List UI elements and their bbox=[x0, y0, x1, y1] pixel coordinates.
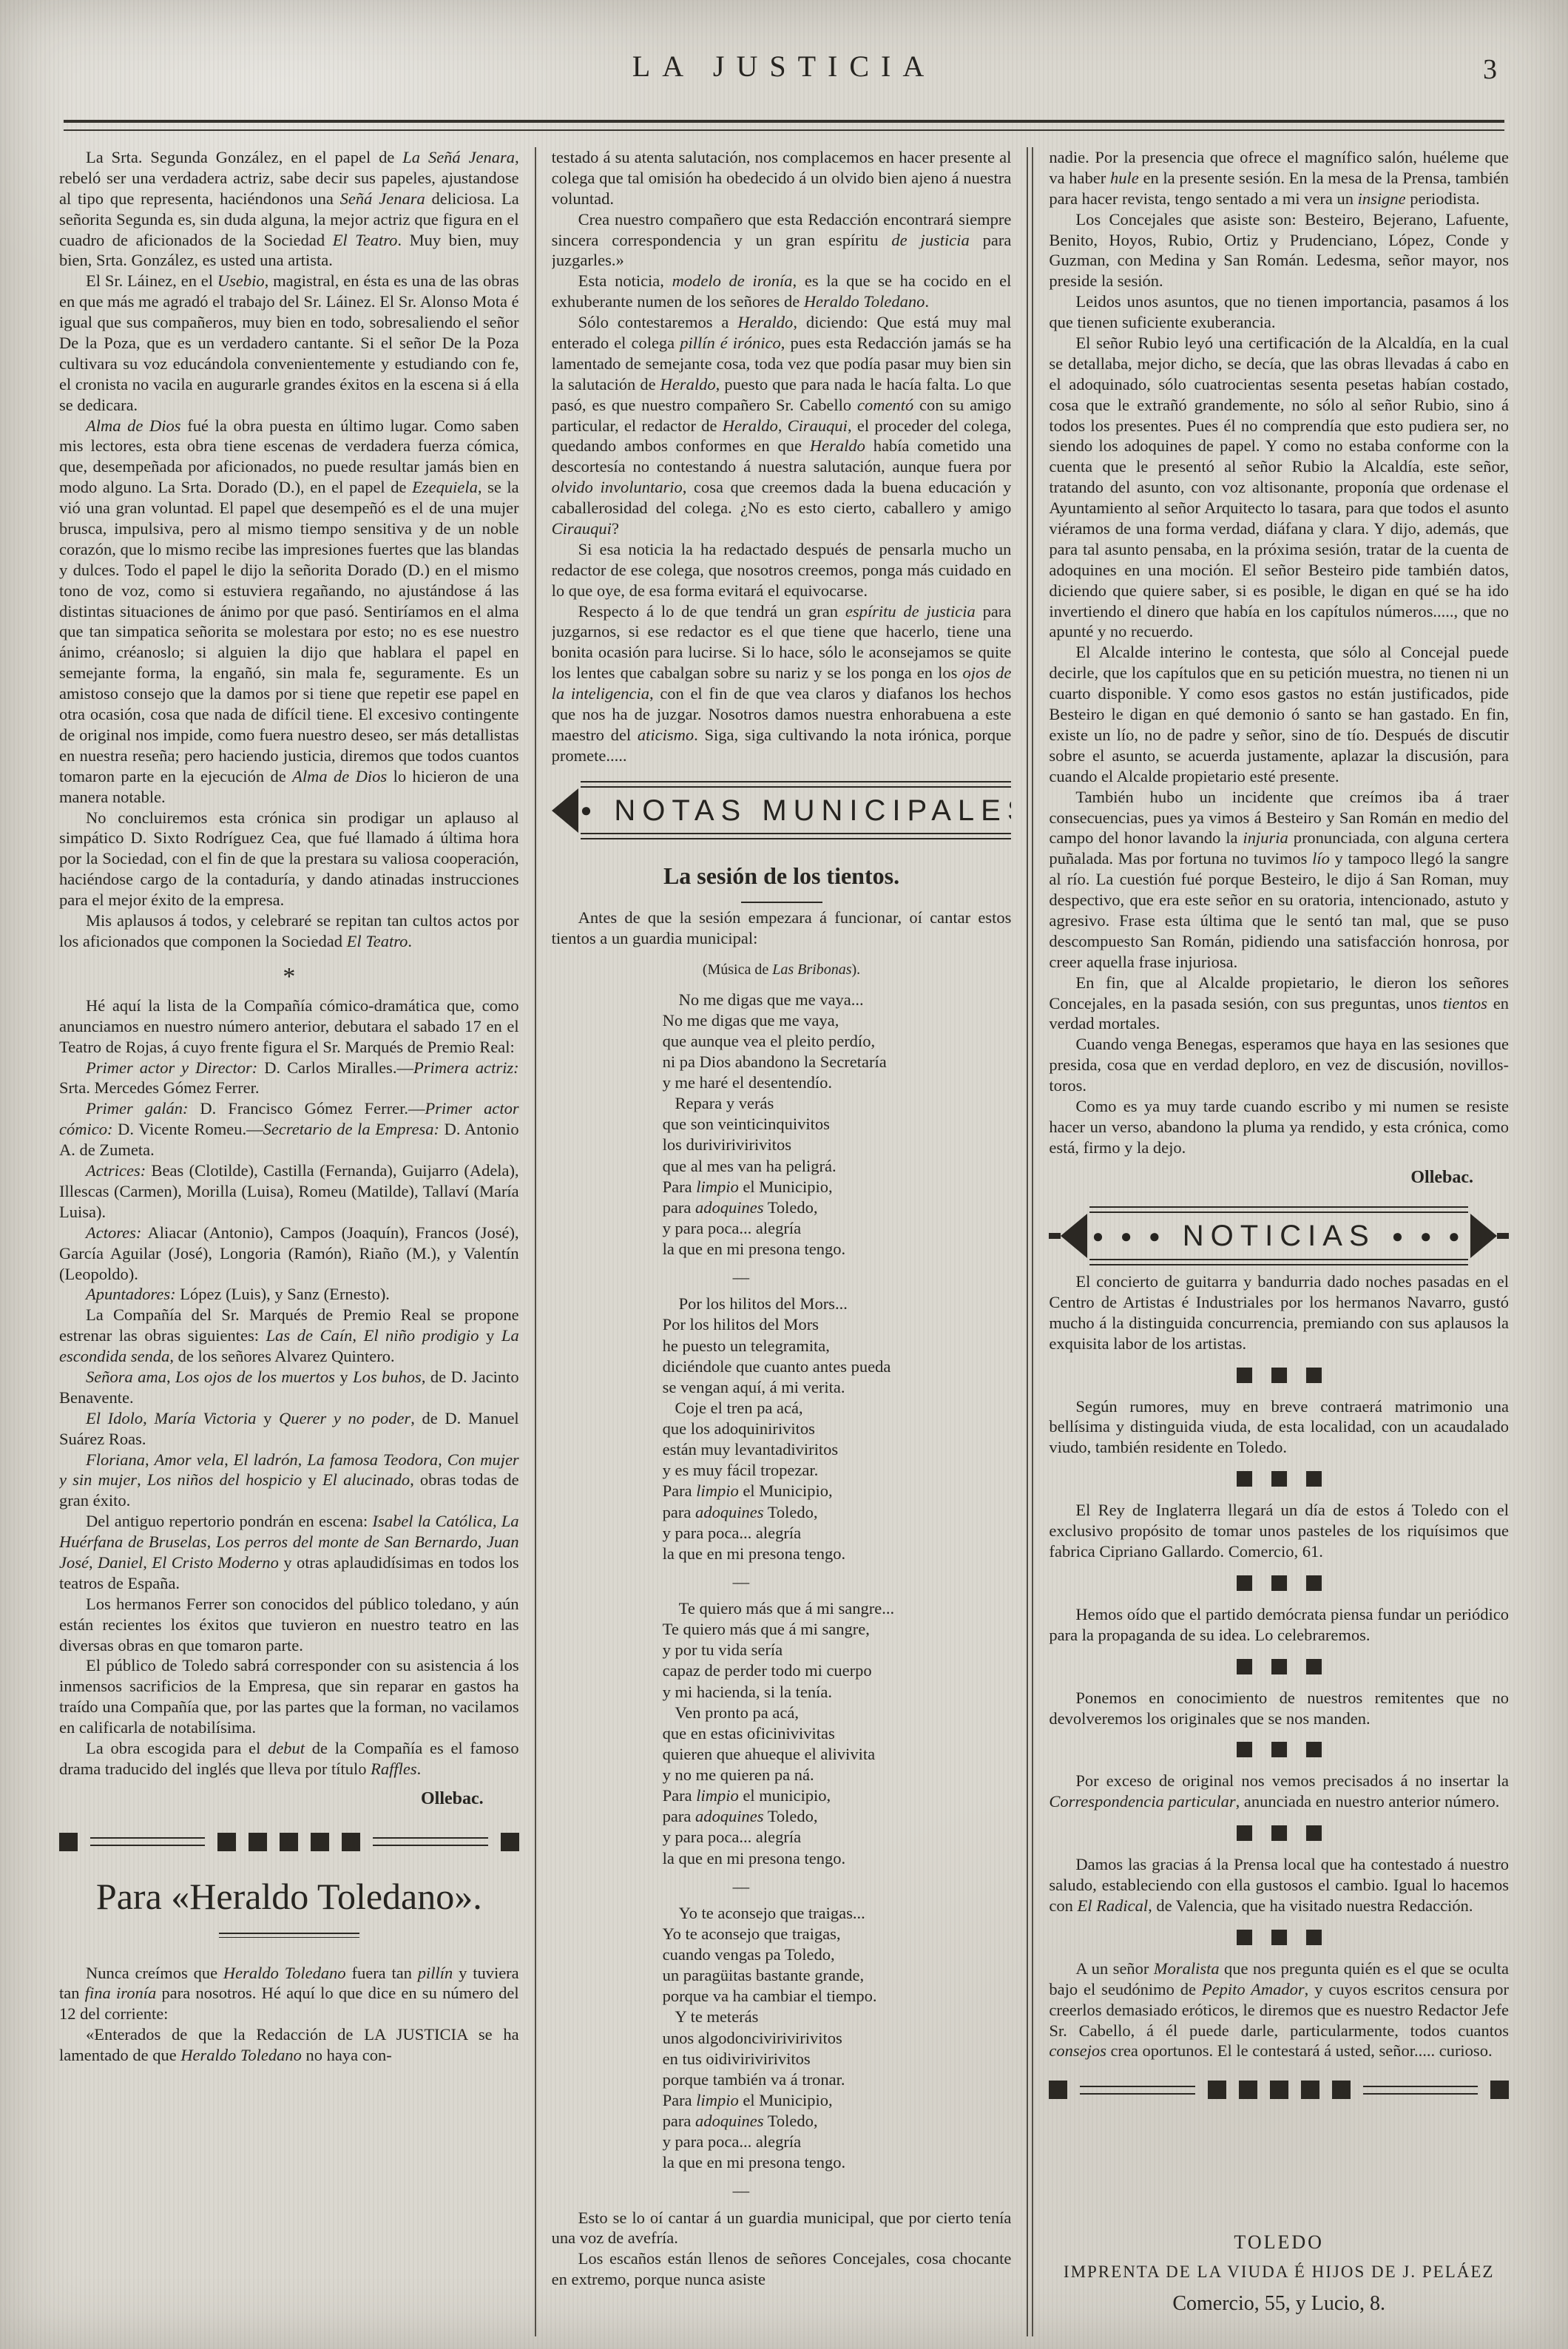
verse-line: y mi hacienda, si la tenía. bbox=[663, 1682, 1012, 1703]
square-icon bbox=[1271, 1930, 1287, 1945]
article-subtitle: La sesión de los tientos. bbox=[552, 862, 1012, 903]
verse-line: Para limpio el municipio, bbox=[663, 1785, 1012, 1806]
verse-line: quieren que ahueque el alivivita bbox=[663, 1744, 1012, 1765]
squares-separator bbox=[1049, 1575, 1509, 1591]
square-icon bbox=[1306, 1825, 1322, 1841]
paragraph: Alma de Dios fué la obra puesta en últim… bbox=[59, 416, 519, 808]
news-items: El concierto de guitarra y bandurria dad… bbox=[1049, 1271, 1509, 2061]
verse-line: para adoquines Toledo, bbox=[663, 1502, 1012, 1523]
squares-separator bbox=[1049, 1742, 1509, 1757]
verse-line: he puesto un telegramita, bbox=[663, 1336, 1012, 1356]
verse-line: un paragüitas bastante grande, bbox=[663, 1965, 1012, 1986]
news-item: Por exceso de original nos vemos precisa… bbox=[1049, 1771, 1509, 1812]
verse: Yo te aconsejo que traigas...Yo te acons… bbox=[663, 1903, 1012, 2202]
square-icon bbox=[1270, 2081, 1288, 2099]
square-icon bbox=[1237, 1368, 1252, 1383]
square-icon bbox=[1271, 1742, 1287, 1757]
paragraph: Si esa noticia la ha redactado después d… bbox=[552, 539, 1012, 601]
paragraph: Apuntadores: López (Luis), y Sanz (Ernes… bbox=[59, 1284, 519, 1305]
verse-line: se vengan aquí, á mi verita. bbox=[663, 1377, 1012, 1398]
banner-end-dash-icon bbox=[1049, 1233, 1061, 1239]
paragraph: Los hermanos Ferrer son conocidos del pú… bbox=[59, 1594, 519, 1656]
verse-line: para adoquines Toledo, bbox=[663, 1197, 1012, 1218]
square-icon bbox=[1237, 1575, 1252, 1591]
verse-line: y para poca... alegría bbox=[663, 1827, 1012, 1848]
heraldo-article-continuation: testado á su atenta salutación, nos comp… bbox=[552, 147, 1012, 766]
square-icon bbox=[1237, 1659, 1252, 1674]
paragraph: Primer actor y Director: D. Carlos Miral… bbox=[59, 1058, 519, 1099]
banner-notas-municipales: ● NOTAS MUNICIPALES ● bbox=[552, 781, 1012, 840]
verse-line: la que en mi presona tengo. bbox=[663, 2152, 1012, 2173]
asterisk-separator: * bbox=[59, 967, 519, 987]
verse-line: para adoquines Toledo, bbox=[663, 2111, 1012, 2132]
paragraph: Nunca creímos que Heraldo Toledano fuera… bbox=[59, 1963, 519, 2025]
square-icon bbox=[1306, 1659, 1322, 1674]
square-icon bbox=[1239, 2081, 1257, 2099]
verse-line: No me digas que me vaya, bbox=[663, 1010, 1012, 1031]
squares-separator bbox=[1049, 1471, 1509, 1487]
square-icon bbox=[1332, 2081, 1351, 2099]
double-rule bbox=[373, 1837, 487, 1846]
square-icon bbox=[311, 1833, 329, 1851]
banner-core: ● ● ● NOTICIAS ● ● ● bbox=[1089, 1206, 1468, 1265]
paragraph: El Alcalde interino le contesta, que sól… bbox=[1049, 642, 1509, 786]
page-header: LA JUSTICIA 3 bbox=[59, 0, 1509, 117]
news-item: El concierto de guitarra y bandurria dad… bbox=[1049, 1271, 1509, 1354]
verse-line: y me haré el desentendío. bbox=[663, 1072, 1012, 1093]
square-icon bbox=[59, 1833, 78, 1851]
banner-arrow-left-icon bbox=[1061, 1214, 1087, 1258]
theatre-review-article: La Srta. Segunda González, en el papel d… bbox=[59, 147, 519, 952]
square-icon bbox=[1237, 1930, 1252, 1945]
session-closing: Esto se lo oí cantar á un guardia munici… bbox=[552, 2208, 1012, 2291]
squares-separator bbox=[1049, 1825, 1509, 1841]
header-rule bbox=[64, 120, 1504, 131]
paragraph: En fin, que al Alcalde propietario, le d… bbox=[1049, 973, 1509, 1035]
paragraph: Sólo contestaremos a Heraldo, diciendo: … bbox=[552, 312, 1012, 539]
square-icon bbox=[249, 1833, 267, 1851]
verse-line: unos algodoncivirivirivitos bbox=[663, 2028, 1012, 2049]
verse-line: y para poca... alegría bbox=[663, 1523, 1012, 1544]
paragraph: Antes de que la sesión empezara á funcio… bbox=[552, 908, 1012, 949]
verse-line: en tus oidivirivirivitos bbox=[663, 2049, 1012, 2069]
news-item: A un señor Moralista que nos pregunta qu… bbox=[1049, 1958, 1509, 2061]
banner-dots-icon: ● ● ● bbox=[1092, 1225, 1166, 1248]
squares-separator bbox=[1049, 1659, 1509, 1674]
banner-core: ● NOTAS MUNICIPALES ● bbox=[581, 781, 1012, 840]
paragraph: testado á su atenta salutación, nos comp… bbox=[552, 147, 1012, 209]
newspaper-title: LA JUSTICIA bbox=[59, 0, 1509, 84]
square-icon bbox=[501, 1833, 519, 1851]
paragraph: Los Concejales que asiste son: Besteiro,… bbox=[1049, 209, 1509, 292]
imprint: TOLEDO IMPRENTA DE LA VIUDA É HIJOS DE J… bbox=[1049, 2225, 1509, 2336]
verse-line: están muy levantadiviritos bbox=[663, 1439, 1012, 1460]
square-icon bbox=[1271, 1825, 1287, 1841]
paragraph: Como es ya muy tarde cuando escribo y mi… bbox=[1049, 1096, 1509, 1158]
square-icon bbox=[280, 1833, 298, 1851]
paragraph: La Compañía del Sr. Marqués de Premio Re… bbox=[59, 1305, 519, 1367]
verse-line: la que en mi presona tengo. bbox=[663, 1544, 1012, 1564]
verse-line: cuando vengas pa Toledo, bbox=[663, 1944, 1012, 1965]
paragraph: La obra escogida para el debut de la Com… bbox=[59, 1738, 519, 1780]
verse-line: Y te meterás bbox=[663, 2007, 1012, 2027]
verse-line: y es muy fácil tropezar. bbox=[663, 1460, 1012, 1481]
signature: Ollebac. bbox=[1049, 1167, 1509, 1189]
news-item: Según rumores, muy en breve contraerá ma… bbox=[1049, 1396, 1509, 1459]
paragraph: El público de Toledo sabrá corresponder … bbox=[59, 1655, 519, 1738]
paragraph: Primer galán: D. Francisco Gómez Ferrer.… bbox=[59, 1098, 519, 1160]
verse-line: Por los hilitos del Mors... bbox=[663, 1294, 1012, 1314]
page-number: 3 bbox=[1483, 53, 1497, 86]
asterisk-row: * bbox=[59, 967, 519, 987]
banner-title: NOTICIAS bbox=[1183, 1218, 1376, 1255]
verse-line: diciéndole que cuanto antes pueda bbox=[663, 1356, 1012, 1377]
news-item: Damos las gracias á la Prensa local que … bbox=[1049, 1854, 1509, 1916]
verse-line: que al mes van ha peligrá. bbox=[663, 1156, 1012, 1177]
ornament-separator bbox=[1049, 2081, 1509, 2099]
double-rule bbox=[90, 1837, 205, 1846]
square-icon bbox=[1271, 1659, 1287, 1674]
verse-line: y para poca... alegría bbox=[663, 1218, 1012, 1239]
verse-line: Ven pronto pa acá, bbox=[663, 1703, 1012, 1723]
verse-line: para adoquines Toledo, bbox=[663, 1806, 1012, 1827]
verse: Te quiero más que á mi sangre...Te quier… bbox=[663, 1598, 1012, 1897]
square-icon bbox=[1208, 2081, 1226, 2099]
ornament-separator bbox=[59, 1833, 519, 1851]
paragraph: No concluiremos esta crónica sin prodiga… bbox=[59, 808, 519, 910]
imprint-printer: IMPRENTA DE LA VIUDA É HIJOS DE J. PELÁE… bbox=[1049, 2262, 1509, 2283]
square-icon bbox=[1271, 1368, 1287, 1383]
banner-arrow-right-icon bbox=[1470, 1214, 1497, 1258]
verses-container: No me digas que me vaya...No me digas qu… bbox=[552, 990, 1012, 2208]
heraldo-article: Nunca creímos que Heraldo Toledano fuera… bbox=[59, 1963, 519, 2066]
news-item: Hemos oído que el partido demócrata pien… bbox=[1049, 1604, 1509, 1646]
verse-line: Coje el tren pa acá, bbox=[663, 1398, 1012, 1419]
music-caption: (Música de Las Bribonas). bbox=[552, 961, 1012, 979]
verse-line: Para limpio el Municipio, bbox=[663, 1177, 1012, 1197]
paragraph: nadie. Por la presencia que ofrece el ma… bbox=[1049, 147, 1509, 209]
square-icon bbox=[1490, 2081, 1509, 2099]
square-icon bbox=[1306, 1368, 1322, 1383]
verse-line: porque va ha cambiar el tiempo. bbox=[663, 1986, 1012, 2007]
banner-dot-icon: ● bbox=[581, 799, 598, 822]
columns-container: La Srta. Segunda González, en el papel d… bbox=[59, 131, 1509, 2336]
news-item: Ponemos en conocimiento de nuestros remi… bbox=[1049, 1688, 1509, 1729]
paragraph: Hé aquí la lista de la Compañía cómico-d… bbox=[59, 996, 519, 1058]
square-icon bbox=[1237, 1471, 1252, 1487]
banner-noticias: ● ● ● NOTICIAS ● ● ● bbox=[1049, 1206, 1509, 1265]
paragraph: La Srta. Segunda González, en el papel d… bbox=[59, 147, 519, 271]
column-divider bbox=[1027, 147, 1033, 2336]
paragraph: También hubo un incidente que creímos ib… bbox=[1049, 787, 1509, 973]
verse-line: que en estas oficinivivitas bbox=[663, 1723, 1012, 1744]
paragraph: El señor Rubio leyó una certificación de… bbox=[1049, 333, 1509, 642]
imprint-city: TOLEDO bbox=[1049, 2231, 1509, 2254]
verse-line: que aunque vea el pleito perdío, bbox=[663, 1031, 1012, 1052]
column-divider bbox=[535, 147, 536, 2336]
column-1: La Srta. Segunda González, en el papel d… bbox=[59, 147, 519, 2336]
paragraph: Floriana, Amor vela, El ladrón, La famos… bbox=[59, 1450, 519, 1512]
squares-separator bbox=[1049, 1930, 1509, 1945]
square-icon bbox=[342, 1833, 360, 1851]
verse-line: ni pa Dios abandono la Secretaría bbox=[663, 1052, 1012, 1072]
newspaper-page: LA JUSTICIA 3 La Srta. Segunda González,… bbox=[0, 0, 1568, 2349]
paragraph: Del antiguo repertorio pondrán en escena… bbox=[59, 1511, 519, 1594]
verse-line: porque también va á tronar. bbox=[663, 2069, 1012, 2090]
square-icon bbox=[1237, 1742, 1252, 1757]
column-3: nadie. Por la presencia que ofrece el ma… bbox=[1049, 147, 1509, 2336]
banner-title: NOTAS MUNICIPALES bbox=[614, 793, 1011, 830]
square-icon bbox=[1306, 1742, 1322, 1757]
verse-line: la que en mi presona tengo. bbox=[663, 1239, 1012, 1260]
verse-line: Para limpio el Municipio, bbox=[663, 1481, 1012, 1501]
verse-line: Yo te aconsejo que traigas... bbox=[663, 1903, 1012, 1924]
verse-line: Repara y verás bbox=[663, 1093, 1012, 1114]
verse-line: Para limpio el Municipio, bbox=[663, 2090, 1012, 2111]
session-intro: Antes de que la sesión empezara á funcio… bbox=[552, 908, 1012, 949]
verse-line: Te quiero más que á mi sangre... bbox=[663, 1598, 1012, 1619]
banner-arrow-left-icon bbox=[552, 788, 578, 833]
verse-line: Te quiero más que á mi sangre, bbox=[663, 1619, 1012, 1640]
square-icon bbox=[1306, 1930, 1322, 1945]
double-rule bbox=[1363, 2086, 1478, 2095]
verse-line: los durivirivirivitos bbox=[663, 1135, 1012, 1155]
verse-line: Yo te aconsejo que traigas, bbox=[663, 1924, 1012, 1944]
square-icon bbox=[1306, 1575, 1322, 1591]
imprint-address: Comercio, 55, y Lucio, 8. bbox=[1049, 2291, 1509, 2317]
paragraph: Esto se lo oí cantar á un guardia munici… bbox=[552, 2208, 1012, 2249]
square-icon bbox=[1306, 1471, 1322, 1487]
verse-line: y no me quieren pa ná. bbox=[663, 1765, 1012, 1785]
paragraph: Esta noticia, modelo de ironía, es la qu… bbox=[552, 271, 1012, 312]
paragraph: Leidos unos asuntos, que no tienen impor… bbox=[1049, 291, 1509, 333]
square-icon bbox=[1049, 2081, 1067, 2099]
square-icon bbox=[1271, 1471, 1287, 1487]
banner-end-dash-icon bbox=[1497, 1233, 1509, 1239]
verse-line: y por tu vida sería bbox=[663, 1640, 1012, 1660]
verse-line: que son veinticinquivitos bbox=[663, 1114, 1012, 1135]
verse-line: No me digas que me vaya... bbox=[663, 990, 1012, 1010]
column-2: testado á su atenta salutación, nos comp… bbox=[552, 147, 1012, 2336]
verse: No me digas que me vaya...No me digas qu… bbox=[663, 990, 1012, 1288]
paragraph: Cuando venga Benegas, esperamos que haya… bbox=[1049, 1034, 1509, 1096]
paragraph: Crea nuestro compañero que esta Redacció… bbox=[552, 209, 1012, 271]
banner-dots-icon: ● ● ● bbox=[1392, 1225, 1466, 1248]
signature: Ollebac. bbox=[59, 1788, 519, 1811]
double-rule bbox=[1080, 2086, 1194, 2095]
news-item: El Rey de Inglaterra llegará un día de e… bbox=[1049, 1500, 1509, 1562]
verse-line: Por los hilitos del Mors bbox=[663, 1314, 1012, 1335]
paragraph: Respecto á lo de que tendrá un gran espí… bbox=[552, 601, 1012, 766]
squares-separator bbox=[1049, 1368, 1509, 1383]
company-list-article: Hé aquí la lista de la Compañía cómico-d… bbox=[59, 996, 519, 1780]
session-article-continuation: nadie. Por la presencia que ofrece el ma… bbox=[1049, 147, 1509, 1158]
paragraph: El Sr. Láinez, en el Usebio, magistral, … bbox=[59, 271, 519, 415]
paragraph: «Enterados de que la Redacción de LA JUS… bbox=[59, 2024, 519, 2066]
verse-line: la que en mi presona tengo. bbox=[663, 1848, 1012, 1869]
verse-line: capaz de perder todo mi cuerpo bbox=[663, 1660, 1012, 1681]
paragraph: El Idolo, María Victoria y Querer y no p… bbox=[59, 1408, 519, 1450]
paragraph: Los escaños están llenos de señores Conc… bbox=[552, 2248, 1012, 2290]
verse: Por los hilitos del Mors...Por los hilit… bbox=[663, 1294, 1012, 1592]
square-icon bbox=[1271, 1575, 1287, 1591]
paragraph: Actores: Aliacar (Antonio), Campos (Joaq… bbox=[59, 1223, 519, 1285]
square-icon bbox=[1301, 2081, 1319, 2099]
square-icon bbox=[217, 1833, 236, 1851]
paragraph: Señora ama, Los ojos de los muertos y Lo… bbox=[59, 1367, 519, 1408]
verse-line: y para poca... alegría bbox=[663, 2132, 1012, 2152]
paragraph: Mis aplausos á todos, y celebraré se rep… bbox=[59, 910, 519, 952]
square-icon bbox=[1237, 1825, 1252, 1841]
verse-line: que los adoquinirivitos bbox=[663, 1419, 1012, 1439]
section-heading-heraldo: Para «Heraldo Toledano». bbox=[59, 1873, 519, 1938]
paragraph: Actrices: Beas (Clotilde), Castilla (Fer… bbox=[59, 1160, 519, 1223]
